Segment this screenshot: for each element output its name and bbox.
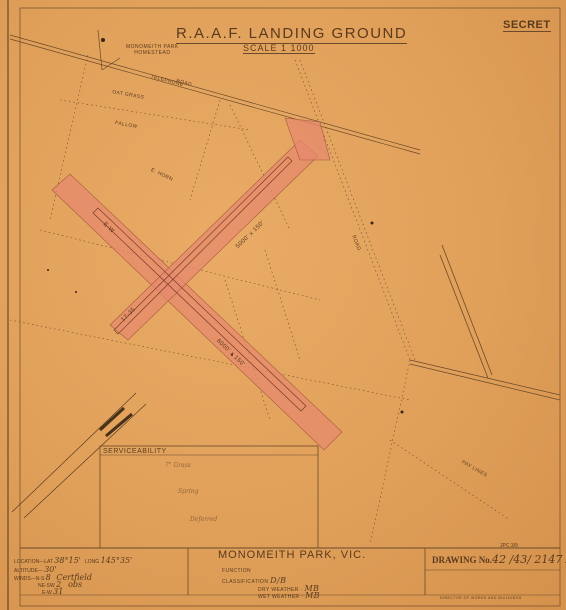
sheet-border <box>20 8 560 606</box>
location-row: LOCATION—LAT 38°15' LONG 145°35' <box>14 556 132 565</box>
footer-credit: DIRECTOR OF WORKS AND BUILDINGS <box>440 596 522 600</box>
map-sheet: R.A.A.F. LANDING GROUND SCALE 1 1000 SEC… <box>0 0 566 610</box>
secret-stamp: SECRET <box>503 19 551 32</box>
right-roads <box>410 245 560 400</box>
drawing-number: DRAWING No.42 /43/ 2147 A <box>432 553 566 566</box>
serviceability-title: SERVICEABILITY <box>103 448 167 455</box>
map-drawing <box>0 0 566 610</box>
date-stamp: JPC 3/9 <box>500 543 518 549</box>
top-road <box>10 35 420 154</box>
homestead-label: MONOMEITH PARK HOMESTEAD <box>126 44 179 56</box>
serviceability-box <box>100 446 318 548</box>
map-title: R.A.A.F. LANDING GROUND <box>176 25 407 44</box>
place-name: MONOMEITH PARK, VIC. <box>218 549 366 561</box>
runways <box>52 118 342 450</box>
map-scale: SCALE 1 1000 <box>243 43 315 54</box>
north-arrow <box>12 393 146 518</box>
